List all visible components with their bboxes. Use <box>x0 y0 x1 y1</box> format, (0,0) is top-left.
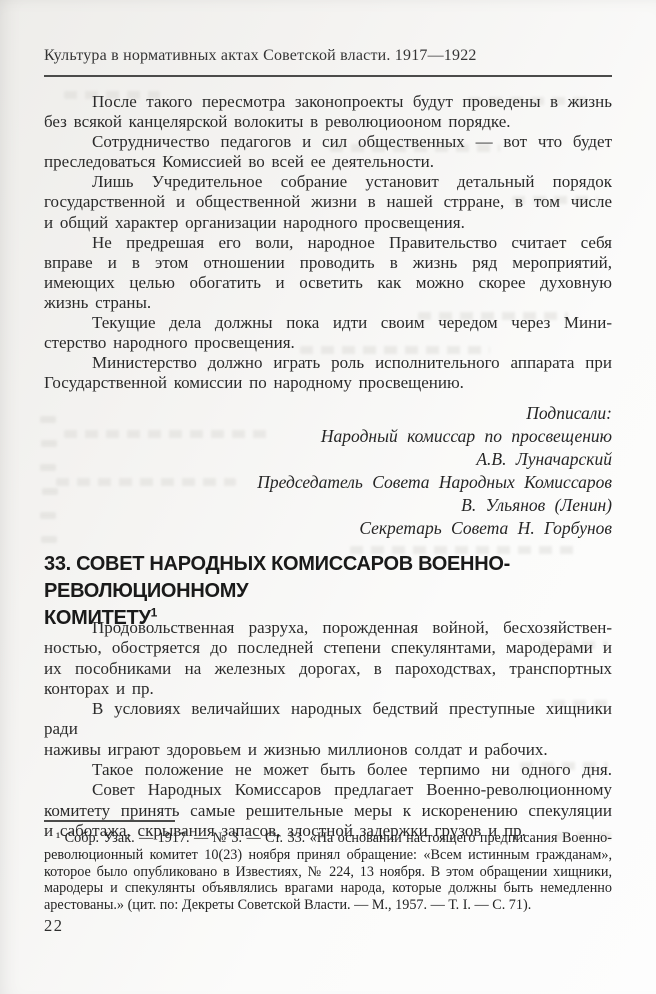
signature-line: Секретарь Совета Н. Горбунов <box>44 517 612 540</box>
scanned-book-page: Культура в нормативных актах Советской в… <box>0 0 656 994</box>
text-line: Продовольственная разруха, порожденная в… <box>44 618 612 638</box>
text-line: Министерство должно играть роль исполнит… <box>44 353 612 373</box>
footnote-line: мародеры и спекулянты объявлялись врагам… <box>44 880 612 897</box>
text-line: После такого пересмотра законопроекты бу… <box>44 92 612 112</box>
text-line: Не предрешая его воли, народное Правител… <box>44 233 612 253</box>
signature-block: Подписали: Народный комиссар по просвеще… <box>44 402 612 540</box>
footnote: ¹ Собр. Узак. — 1917. — № 3. — Ст. 33. «… <box>44 830 612 914</box>
text-line: вправе и в этом отношении проводить в жи… <box>44 253 612 273</box>
text-line: Текущие дела должны пока идти своим чере… <box>44 313 612 333</box>
text-line: преследоваться Комиссией во всей ее деят… <box>44 152 612 172</box>
text-line: Такое положение не может быть более терп… <box>44 760 612 780</box>
text-line: Сотрудничество педагогов и сил обществен… <box>44 132 612 152</box>
text-line: жизнь страны. <box>44 293 612 313</box>
signature-line: А.В. Луначарский <box>44 448 612 471</box>
text-line: В условиях величайших народных бедствий … <box>44 699 612 740</box>
text-line: ностью, обостряется до последней степени… <box>44 638 612 658</box>
running-header: Культура в нормативных актах Советской в… <box>44 46 612 66</box>
text-line: и общий характер организации народного п… <box>44 213 612 233</box>
footnote-line: ¹ Собр. Узак. — 1917. — № 3. — Ст. 33. «… <box>44 830 612 847</box>
signature-line: Народный комиссар по просвещению <box>44 425 612 448</box>
footnote-line: революционный комитет 10(23) ноября прин… <box>44 847 612 864</box>
text-line: государственной и общественной жизни в н… <box>44 192 612 212</box>
text-line: комитету принять самые решительные меры … <box>44 801 612 821</box>
text-line: без всякой канцелярской волокиты в револ… <box>44 112 612 132</box>
text-line: их пособниками на железных дорогах, в па… <box>44 659 612 679</box>
page-number: 22 <box>44 916 64 936</box>
text-line: Совет Народных Комиссаров предлагает Вое… <box>44 780 612 800</box>
footnote-rule <box>44 820 175 822</box>
signature-line: Председатель Совета Народных Комиссаров <box>44 471 612 494</box>
text-line: конторах и пр. <box>44 679 612 699</box>
text-line: Лишь Учредительное собрание установит де… <box>44 172 612 192</box>
footnote-line: которое было опубликовано в Известиях, №… <box>44 864 612 881</box>
header-rule <box>44 75 612 77</box>
signatures-label: Подписали: <box>44 402 612 425</box>
signature-line: В. Ульянов (Ленин) <box>44 494 612 517</box>
footnote-line: арестованы.» (цит. по: Декреты Советской… <box>44 897 612 914</box>
section-heading-line: 33. СОВЕТ НАРОДНЫХ КОМИССАРОВ ВОЕННО-РЕВ… <box>44 551 612 605</box>
text-line: имеющих целью обогатить и осветить как м… <box>44 273 612 293</box>
text-line: стерство народного просвещения. <box>44 333 612 353</box>
text-line: Государственной комиссии по народному пр… <box>44 373 612 393</box>
text-line: наживы играют здоровьем и жизнью миллион… <box>44 740 612 760</box>
section-body: Продовольственная разруха, порожденная в… <box>44 618 612 841</box>
decree-body: После такого пересмотра законопроекты бу… <box>44 92 612 393</box>
